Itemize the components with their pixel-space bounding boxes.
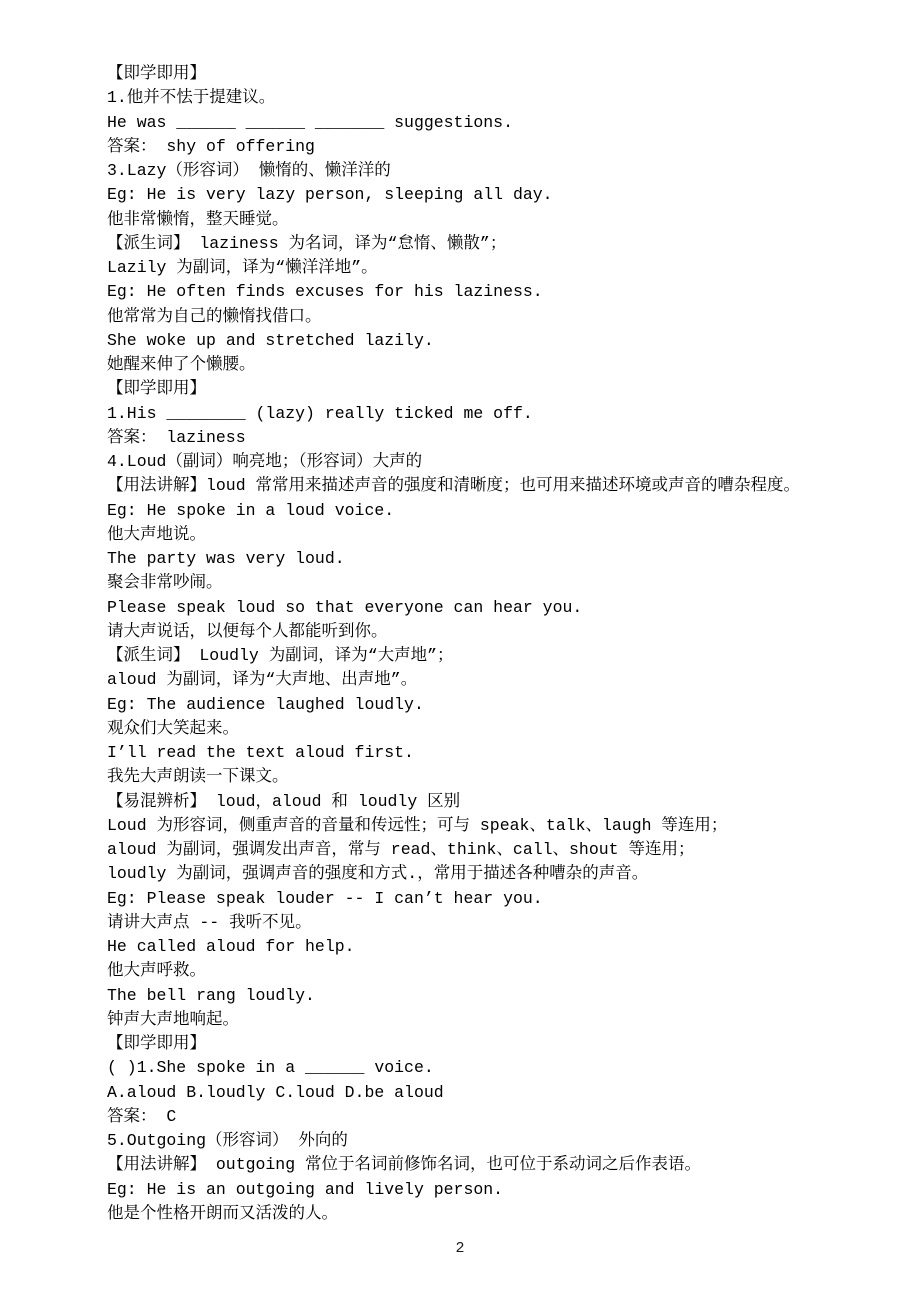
section-heading: 【用法讲解】loud 常常用来描述声音的强度和清晰度；也可用来描述环境或声音的嘈… xyxy=(107,474,867,498)
doc-line: 请大声说话，以便每个人都能听到你。 xyxy=(107,620,867,644)
doc-line: aloud 为副词，强调发出声音，常与 read、think、call、shou… xyxy=(107,838,867,862)
doc-line: Eg: Please speak louder -- I can’t hear … xyxy=(107,887,867,911)
doc-line: aloud 为副词，译为“大声地、出声地”。 xyxy=(107,668,867,692)
doc-line: He was ______ ______ _______ suggestions… xyxy=(107,111,867,135)
quiz-options: A.aloud B.loudly C.loud D.be aloud xyxy=(107,1081,867,1105)
doc-line: She woke up and stretched lazily. xyxy=(107,329,867,353)
section-heading: 【派生词】 Loudly 为副词，译为“大声地”； xyxy=(107,644,867,668)
section-heading: 【即学即用】 xyxy=(107,377,867,401)
doc-line: He called aloud for help. xyxy=(107,935,867,959)
doc-line: 他是个性格开朗而又活泼的人。 xyxy=(107,1202,867,1226)
doc-line: 他大声呼救。 xyxy=(107,959,867,983)
doc-line: 观众们大笑起来。 xyxy=(107,717,867,741)
doc-line: Please speak loud so that everyone can h… xyxy=(107,596,867,620)
vocab-entry-loud: 4.Loud（副词）响亮地；（形容词）大声的 xyxy=(107,450,867,474)
doc-line: 钟声大声地响起。 xyxy=(107,1008,867,1032)
section-heading: 【易混辨析】 loud，aloud 和 loudly 区别 xyxy=(107,790,867,814)
section-heading: 【派生词】 laziness 为名词，译为“怠惰、懒散”； xyxy=(107,232,867,256)
doc-line: Eg: He often finds excuses for his lazin… xyxy=(107,280,867,304)
doc-line: Eg: He spoke in a loud voice. xyxy=(107,499,867,523)
doc-line: Loud 为形容词，侧重声音的音量和传远性；可与 speak、talk、laug… xyxy=(107,814,867,838)
doc-line: 我先大声朗读一下课文。 xyxy=(107,765,867,789)
document-body: 【即学即用】 1.他并不怯于提建议。 He was ______ ______ … xyxy=(107,62,867,1226)
doc-line: 他非常懒惰，整天睡觉。 xyxy=(107,208,867,232)
doc-line: 她醒来伸了个懒腰。 xyxy=(107,353,867,377)
doc-line: 他大声地说。 xyxy=(107,523,867,547)
section-heading: 【用法讲解】 outgoing 常位于名词前修饰名词，也可位于系动词之后作表语。 xyxy=(107,1153,867,1177)
doc-line: loudly 为副词，强调声音的强度和方式.，常用于描述各种嘈杂的声音。 xyxy=(107,862,867,886)
answer-line: 答案： C xyxy=(107,1105,867,1129)
doc-line: 1.His ________ (lazy) really ticked me o… xyxy=(107,402,867,426)
page-number: 2 xyxy=(0,1240,920,1257)
quiz-question: ( )1.She spoke in a ______ voice. xyxy=(107,1056,867,1080)
section-heading: 【即学即用】 xyxy=(107,62,867,86)
answer-line: 答案： laziness xyxy=(107,426,867,450)
doc-line: Eg: He is very lazy person, sleeping all… xyxy=(107,183,867,207)
doc-line: Lazily 为副词，译为“懒洋洋地”。 xyxy=(107,256,867,280)
section-heading: 【即学即用】 xyxy=(107,1032,867,1056)
doc-line: 请讲大声点 -- 我听不见。 xyxy=(107,911,867,935)
doc-line: 1.他并不怯于提建议。 xyxy=(107,86,867,110)
doc-line: 他常常为自己的懒惰找借口。 xyxy=(107,305,867,329)
doc-line: Eg: The audience laughed loudly. xyxy=(107,693,867,717)
doc-line: The bell rang loudly. xyxy=(107,984,867,1008)
doc-line: Eg: He is an outgoing and lively person. xyxy=(107,1178,867,1202)
doc-line: 聚会非常吵闹。 xyxy=(107,571,867,595)
answer-line: 答案： shy of offering xyxy=(107,135,867,159)
vocab-entry-lazy: 3.Lazy（形容词） 懒惰的、懒洋洋的 xyxy=(107,159,867,183)
vocab-entry-outgoing: 5.Outgoing（形容词） 外向的 xyxy=(107,1129,867,1153)
doc-line: The party was very loud. xyxy=(107,547,867,571)
doc-line: I’ll read the text aloud first. xyxy=(107,741,867,765)
document-page: 【即学即用】 1.他并不怯于提建议。 He was ______ ______ … xyxy=(0,0,920,1302)
